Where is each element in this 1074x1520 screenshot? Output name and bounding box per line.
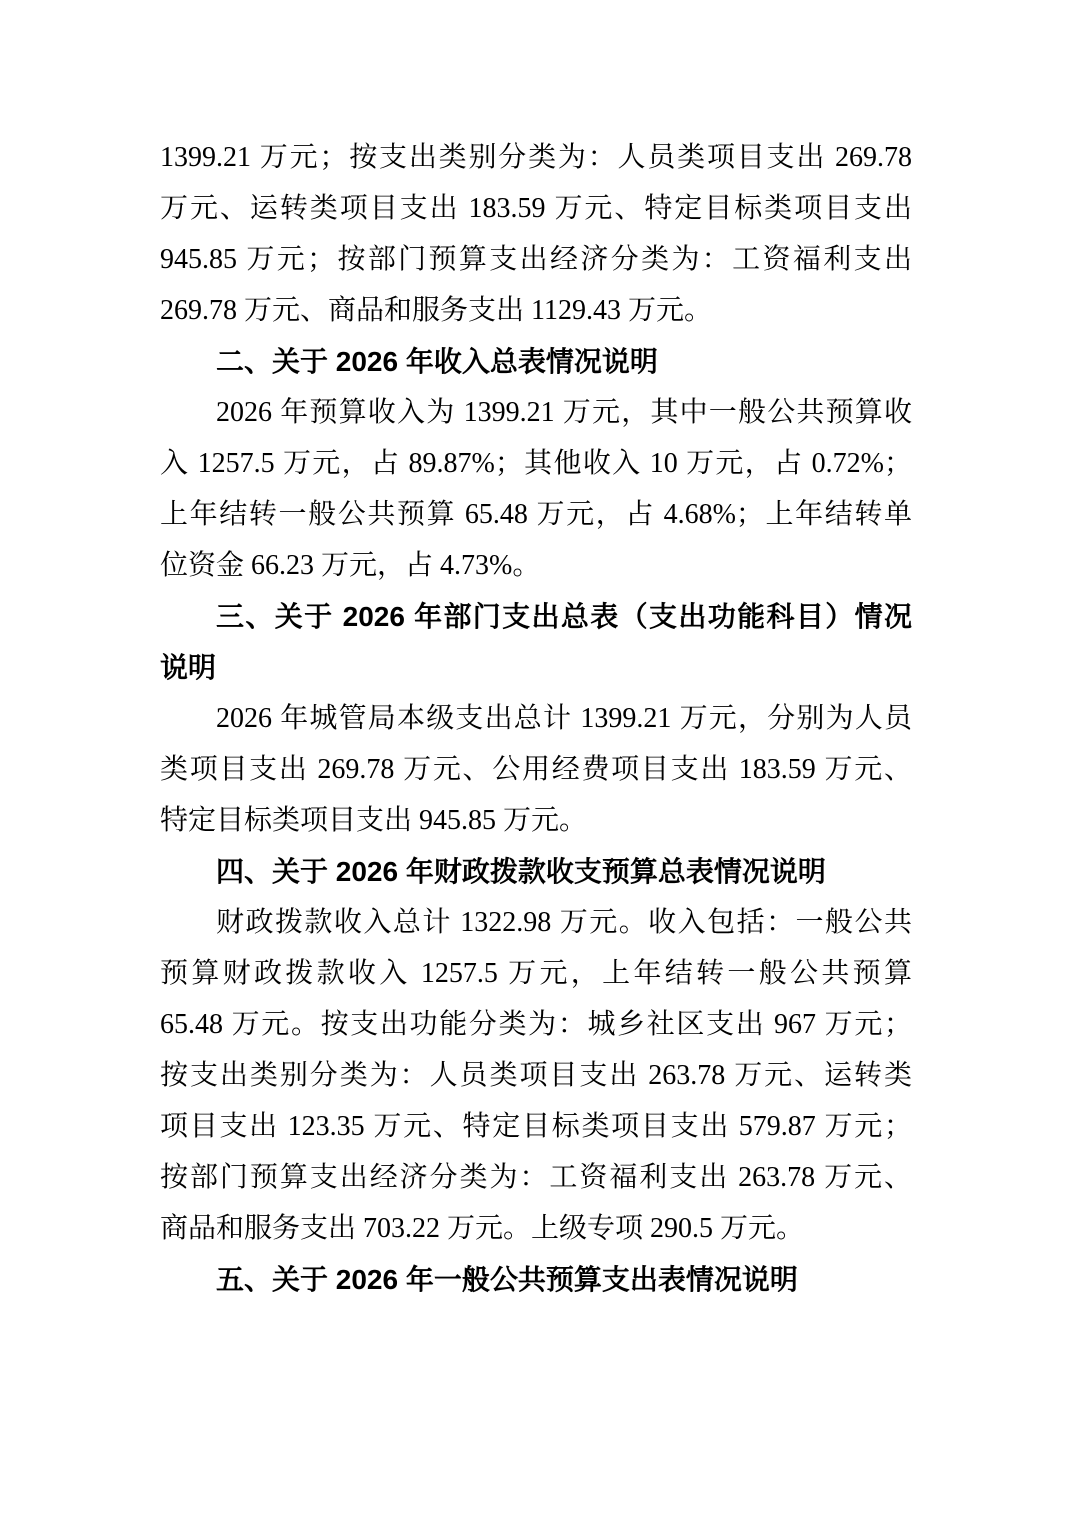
heading-line: 二、关于 2026 年收入总表情况说明: [160, 336, 912, 387]
paragraph-income-summary: 2026 年预算收入为 1399.21 万元，其中一般公共预算收 入 1257.…: [160, 387, 912, 591]
paragraph-expenditure-classification: 1399.21 万元；按支出类别分类为：人员类项目支出 269.78 万元、运转…: [160, 132, 912, 336]
text-line: 商品和服务支出 703.22 万元。上级专项 290.5 万元。: [160, 1203, 912, 1254]
text-line: 269.78 万元、商品和服务支出 1129.43 万元。: [160, 285, 912, 336]
text-line: 预算财政拨款收入 1257.5 万元，上年结转一般公共预算: [160, 948, 912, 999]
text-line: 1399.21 万元；按支出类别分类为：人员类项目支出 269.78: [160, 132, 912, 183]
section-heading-2: 二、关于 2026 年收入总表情况说明: [160, 336, 912, 387]
paragraph-fiscal-appropriation: 财政拨款收入总计 1322.98 万元。收入包括：一般公共 预算财政拨款收入 1…: [160, 897, 912, 1254]
text-line: 上年结转一般公共预算 65.48 万元，占 4.68%；上年结转单: [160, 489, 912, 540]
text-line: 2026 年城管局本级支出总计 1399.21 万元，分别为人员: [160, 693, 912, 744]
text-line: 65.48 万元。按支出功能分类为：城乡社区支出 967 万元；: [160, 999, 912, 1050]
text-line: 按部门预算支出经济分类为：工资福利支出 263.78 万元、: [160, 1152, 912, 1203]
text-line: 2026 年预算收入为 1399.21 万元，其中一般公共预算收: [160, 387, 912, 438]
text-line: 入 1257.5 万元，占 89.87%；其他收入 10 万元，占 0.72%；: [160, 438, 912, 489]
heading-line: 说明: [160, 642, 912, 693]
text-line: 特定目标类项目支出 945.85 万元。: [160, 795, 912, 846]
text-line: 945.85 万元；按部门预算支出经济分类为：工资福利支出: [160, 234, 912, 285]
text-line: 按支出类别分类为：人员类项目支出 263.78 万元、运转类: [160, 1050, 912, 1101]
heading-line: 三、关于 2026 年部门支出总表（支出功能科目）情况: [160, 591, 912, 642]
text-line: 类项目支出 269.78 万元、公用经费项目支出 183.59 万元、: [160, 744, 912, 795]
paragraph-department-expenditure: 2026 年城管局本级支出总计 1399.21 万元，分别为人员 类项目支出 2…: [160, 693, 912, 846]
section-heading-5: 五、关于 2026 年一般公共预算支出表情况说明: [160, 1254, 912, 1305]
text-line: 项目支出 123.35 万元、特定目标类项目支出 579.87 万元；: [160, 1101, 912, 1152]
section-heading-4: 四、关于 2026 年财政拨款收支预算总表情况说明: [160, 846, 912, 897]
section-heading-3: 三、关于 2026 年部门支出总表（支出功能科目）情况 说明: [160, 591, 912, 693]
text-line: 万元、运转类项目支出 183.59 万元、特定目标类项目支出: [160, 183, 912, 234]
heading-line: 四、关于 2026 年财政拨款收支预算总表情况说明: [160, 846, 912, 897]
heading-line: 五、关于 2026 年一般公共预算支出表情况说明: [160, 1254, 912, 1305]
text-line: 财政拨款收入总计 1322.98 万元。收入包括：一般公共: [160, 897, 912, 948]
text-line: 位资金 66.23 万元，占 4.73%。: [160, 540, 912, 591]
document-page: 1399.21 万元；按支出类别分类为：人员类项目支出 269.78 万元、运转…: [0, 0, 1074, 1520]
